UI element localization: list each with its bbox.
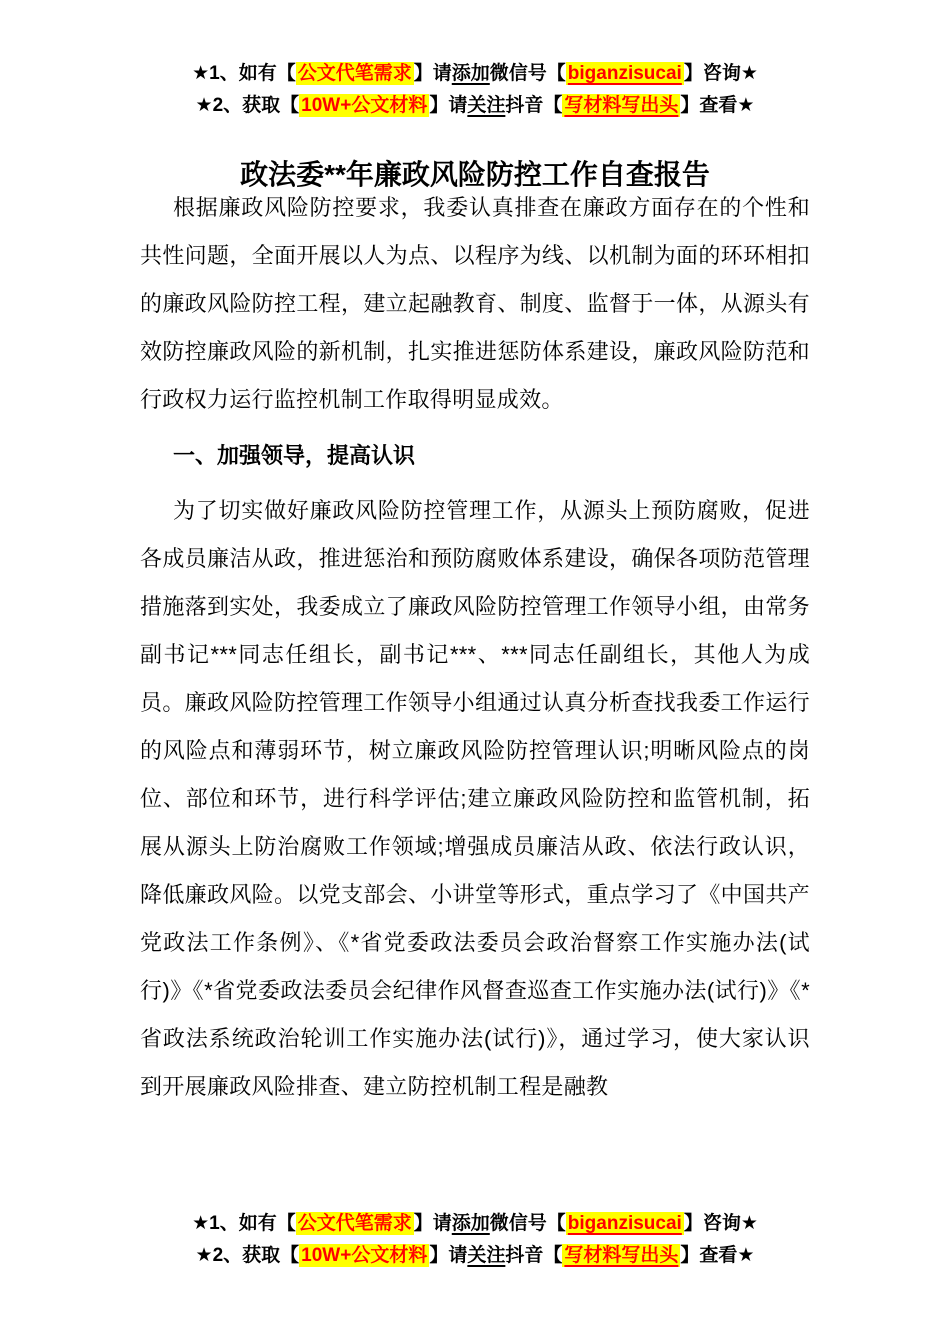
promo-highlight-account: biganzisucai	[566, 62, 684, 85]
promo-text: 】请	[429, 1245, 467, 1266]
promo-underlined-action: 关注	[467, 95, 505, 116]
promo-text: 】咨询★	[684, 1213, 758, 1234]
promo-underlined-action: 添加	[452, 63, 490, 84]
intro-paragraph: 根据廉政风险防控要求，我委认真排查在廉政方面存在的个性和共性问题，全面开展以人为…	[140, 184, 810, 424]
promo-footer-line-1: ★1、如有【公文代笔需求】请添加微信号【biganzisucai】咨询★	[0, 1208, 950, 1240]
promo-text: 微信号【	[490, 1213, 566, 1234]
promo-text: ★1、如有【	[192, 1213, 296, 1234]
document-page: ★1、如有【公文代笔需求】请添加微信号【biganzisucai】咨询★ ★2、…	[0, 0, 950, 1344]
promo-text: ★2、获取【	[196, 1245, 300, 1266]
promo-highlight-service: 公文代笔需求	[296, 1212, 414, 1235]
promo-text: ★2、获取【	[196, 95, 300, 116]
promo-highlight-service: 10W+公文材料	[299, 94, 429, 117]
promo-text: 】请	[414, 63, 452, 84]
promo-underlined-action: 关注	[467, 1245, 505, 1266]
promo-underlined-action: 添加	[452, 1213, 490, 1234]
section-1-paragraph: 为了切实做好廉政风险防控管理工作，从源头上预防腐败，促进各成员廉洁从政，推进惩治…	[140, 487, 810, 1111]
promo-text: 抖音【	[505, 95, 562, 116]
promo-text: ★1、如有【	[192, 63, 296, 84]
section-1-heading: 一、加强领导，提高认识	[140, 439, 810, 473]
promo-highlight-service: 10W+公文材料	[299, 1244, 429, 1267]
promo-highlight-account: 写材料写出头	[562, 1244, 680, 1267]
promo-text: 】查看★	[680, 1245, 754, 1266]
promo-footer-line-2: ★2、获取【10W+公文材料】请关注抖音【写材料写出头】查看★	[0, 1240, 950, 1272]
promo-text: 微信号【	[490, 63, 566, 84]
promo-text: 抖音【	[505, 1245, 562, 1266]
promo-highlight-account: 写材料写出头	[562, 94, 680, 117]
promo-text: 】咨询★	[684, 63, 758, 84]
promo-banner-footer: ★1、如有【公文代笔需求】请添加微信号【biganzisucai】咨询★ ★2、…	[0, 1208, 950, 1272]
promo-text: 】请	[414, 1213, 452, 1234]
promo-header-line-1: ★1、如有【公文代笔需求】请添加微信号【biganzisucai】咨询★	[0, 58, 950, 90]
promo-text: 】查看★	[680, 95, 754, 116]
promo-highlight-account: biganzisucai	[566, 1212, 684, 1235]
document-body: 根据廉政风险防控要求，我委认真排查在廉政方面存在的个性和共性问题，全面开展以人为…	[140, 184, 810, 1111]
promo-highlight-service: 公文代笔需求	[296, 62, 414, 85]
promo-header-line-2: ★2、获取【10W+公文材料】请关注抖音【写材料写出头】查看★	[0, 90, 950, 122]
promo-text: 】请	[429, 95, 467, 116]
promo-banner-header: ★1、如有【公文代笔需求】请添加微信号【biganzisucai】咨询★ ★2、…	[0, 58, 950, 122]
